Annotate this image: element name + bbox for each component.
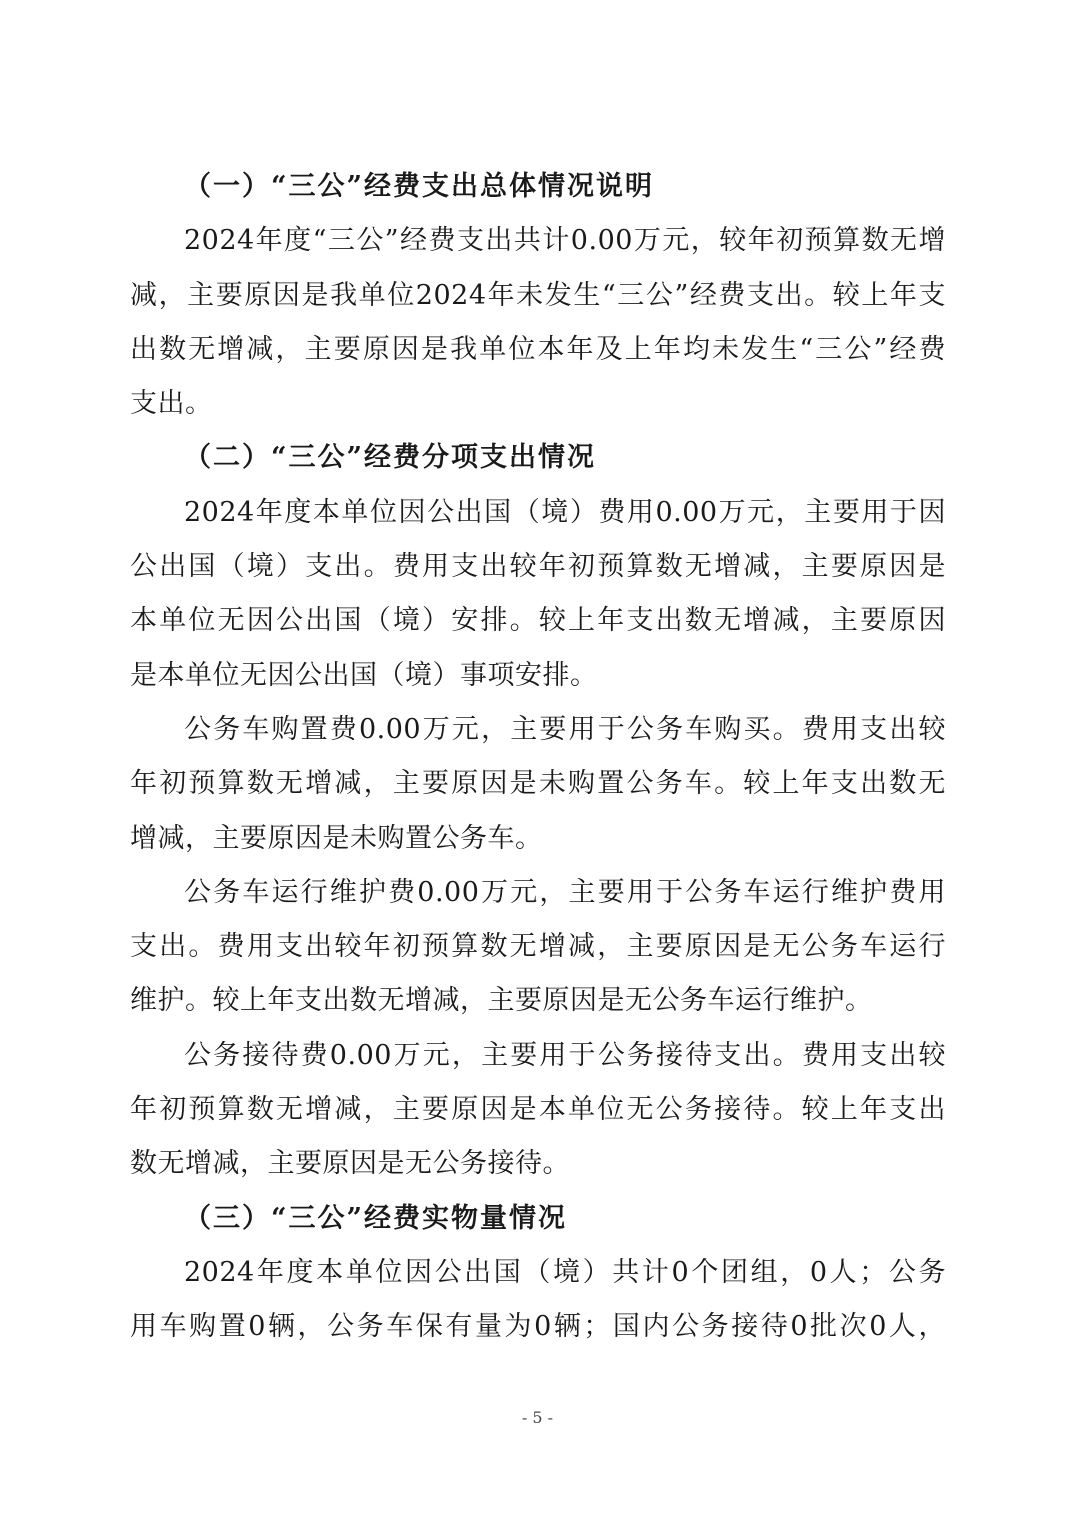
paragraph-line: 用车购置0辆，公务车保有量为0辆；国内公务接待0批次0人， xyxy=(130,1300,946,1354)
section-heading-itemized: （二）“三公”经费分项支出情况 xyxy=(130,431,946,485)
paragraph-vehicle-purchase: 公务车购置费0.00万元，主要用于公务车购买。费用支出较 年初预算数无增减，主要… xyxy=(130,703,946,866)
paragraph-line: 年初预算数无增减，主要原因是未购置公务车。较上年支出数无 xyxy=(130,757,946,811)
section-heading-overall: （一）“三公”经费支出总体情况说明 xyxy=(130,160,946,214)
paragraph-reception: 公务接待费0.00万元，主要用于公务接待支出。费用支出较 年初预算数无增减，主要… xyxy=(130,1029,946,1192)
paragraph-line: 增减，主要原因是未购置公务车。 xyxy=(130,812,946,866)
paragraph-overseas-travel: 2024年度本单位因公出国（境）费用0.00万元，主要用于因 公出国（境）支出。… xyxy=(130,486,946,703)
page-number: - 5 - xyxy=(0,1408,1075,1427)
paragraph-line: 2024年度本单位因公出国（境）共计0个团组，0人；公务 xyxy=(130,1246,946,1300)
paragraph-line: 出数无增减，主要原因是我单位本年及上年均未发生“三公”经费 xyxy=(130,323,946,377)
paragraph-line: 支出。费用支出较年初预算数无增减，主要原因是无公务车运行 xyxy=(130,920,946,974)
paragraph-line: 公务车购置费0.00万元，主要用于公务车购买。费用支出较 xyxy=(130,703,946,757)
paragraph-line: 2024年度本单位因公出国（境）费用0.00万元，主要用于因 xyxy=(130,486,946,540)
paragraph-vehicle-maintenance: 公务车运行维护费0.00万元，主要用于公务车运行维护费用 支出。费用支出较年初预… xyxy=(130,866,946,1029)
paragraph-line: 本单位无因公出国（境）安排。较上年支出数无增减，主要原因 xyxy=(130,594,946,648)
paragraph-line: 维护。较上年支出数无增减，主要原因是无公务车运行维护。 xyxy=(130,974,946,1028)
paragraph-line: 公出国（境）支出。费用支出较年初预算数无增减，主要原因是 xyxy=(130,540,946,594)
paragraph-line: 减，主要原因是我单位2024年未发生“三公”经费支出。较上年支 xyxy=(130,269,946,323)
paragraph-line: 2024年度“三公”经费支出共计0.00万元，较年初预算数无增 xyxy=(130,214,946,268)
paragraph-physical-quantity: 2024年度本单位因公出国（境）共计0个团组，0人；公务 用车购置0辆，公务车保… xyxy=(130,1246,946,1355)
paragraph-line: 支出。 xyxy=(130,377,946,431)
paragraph-line: 公务接待费0.00万元，主要用于公务接待支出。费用支出较 xyxy=(130,1029,946,1083)
paragraph-line: 是本单位无因公出国（境）事项安排。 xyxy=(130,649,946,703)
paragraph-line: 年初预算数无增减，主要原因是本单位无公务接待。较上年支出 xyxy=(130,1083,946,1137)
document-page: （一）“三公”经费支出总体情况说明 2024年度“三公”经费支出共计0.00万元… xyxy=(130,160,946,1355)
paragraph-overall: 2024年度“三公”经费支出共计0.00万元，较年初预算数无增 减，主要原因是我… xyxy=(130,214,946,431)
paragraph-line: 公务车运行维护费0.00万元，主要用于公务车运行维护费用 xyxy=(130,866,946,920)
section-heading-physical-quantity: （三）“三公”经费实物量情况 xyxy=(130,1192,946,1246)
paragraph-line: 数无增减，主要原因是无公务接待。 xyxy=(130,1137,946,1191)
